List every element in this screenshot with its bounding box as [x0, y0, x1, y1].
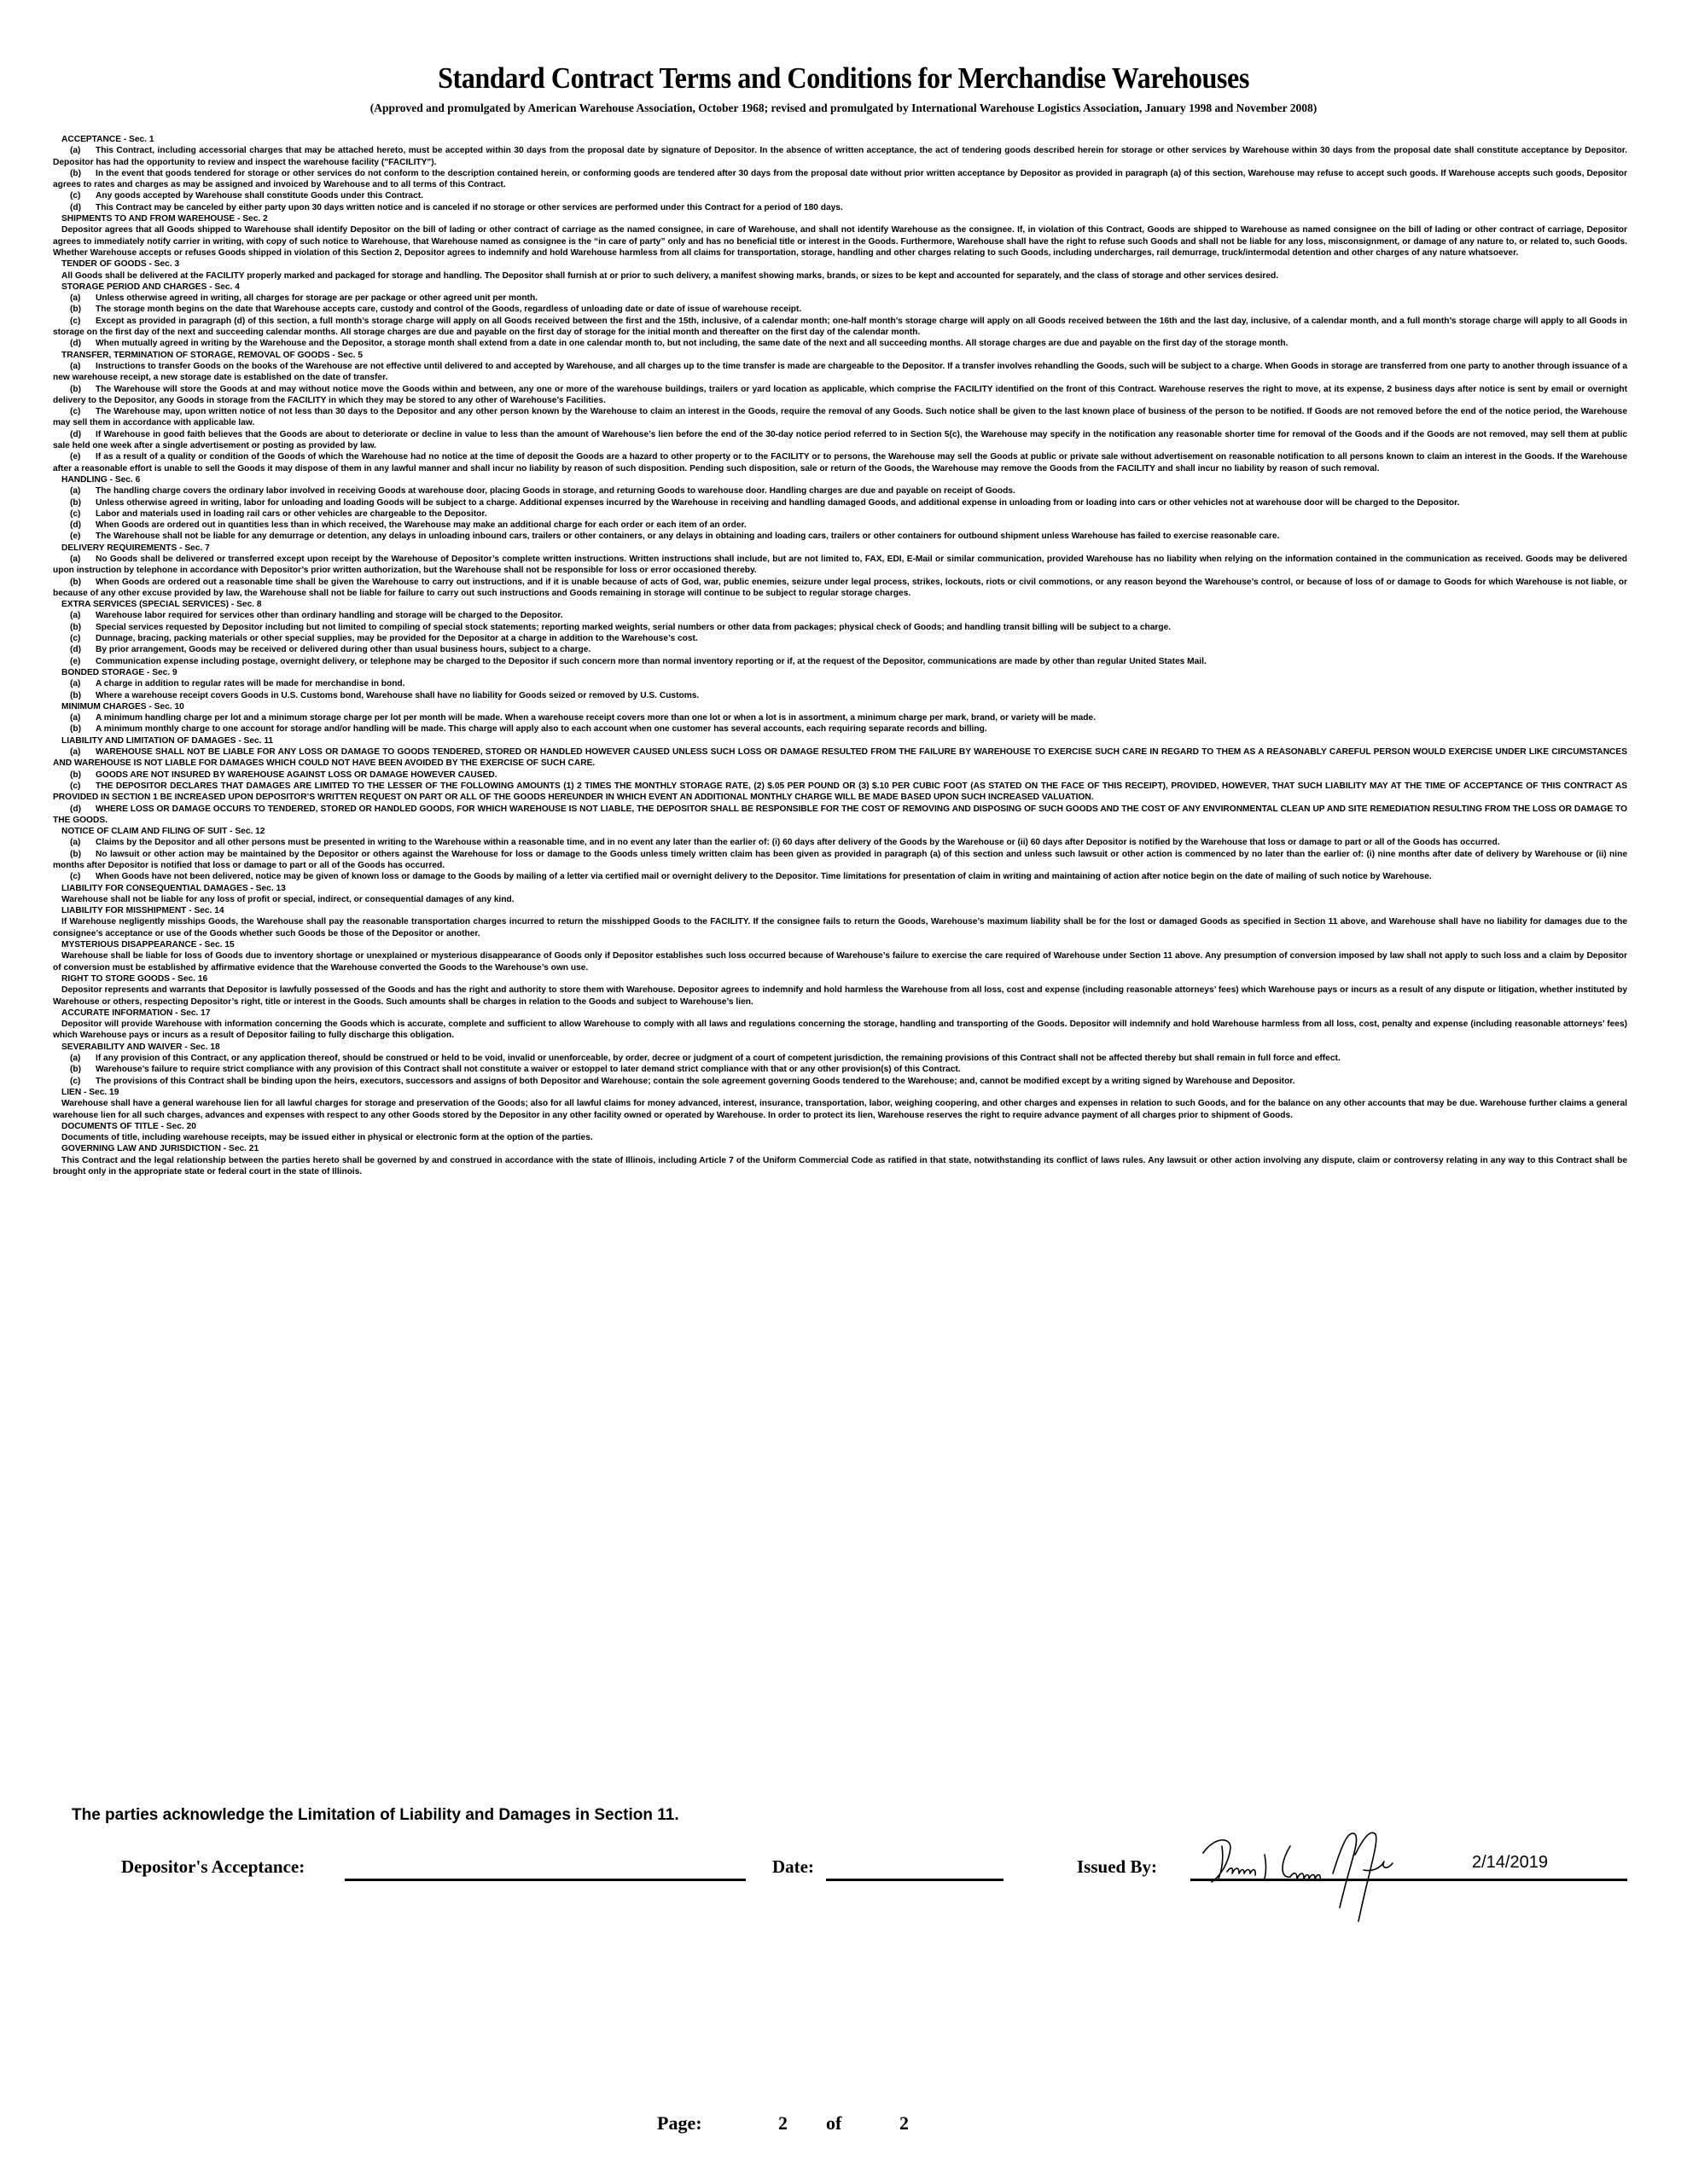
paragraph-text: Warehouse labor required for services ot…: [96, 611, 563, 620]
section-paragraph: All Goods shall be delivered at the FACI…: [53, 270, 1627, 282]
paragraph-text: When Goods have not been delivered, noti…: [96, 872, 1432, 881]
paragraph-text: WHERE LOSS OR DAMAGE OCCURS TO TENDERED,…: [53, 804, 1627, 825]
paragraph-label: (a): [61, 554, 96, 565]
paragraph-label: (c): [61, 508, 96, 520]
document-subtitle: (Approved and promulgated by American Wa…: [0, 102, 1687, 115]
paragraph-text: Communication expense including postage,…: [96, 657, 1207, 666]
paragraph-text: By prior arrangement, Goods may be recei…: [96, 645, 590, 654]
paragraph-label: (a): [61, 678, 96, 689]
issued-date: 2/14/2019: [1472, 1853, 1548, 1873]
paragraph-text: The storage month begins on the date tha…: [96, 305, 801, 314]
paragraph-text: Unless otherwise agreed in writing, labo…: [96, 498, 1459, 508]
paragraph-text: If as a result of a quality or condition…: [53, 452, 1627, 473]
paragraph-label: (b): [61, 849, 96, 860]
section-paragraph: (a)A charge in addition to regular rates…: [53, 678, 1627, 689]
section-paragraph: (d)This Contract may be canceled by eith…: [53, 202, 1627, 213]
paragraph-text: If Warehouse negligently misships Goods,…: [53, 917, 1627, 938]
section-paragraph: (d)When Goods are ordered out in quantit…: [53, 520, 1627, 531]
section-heading: LIABILITY FOR CONSEQUENTIAL DAMAGES - Se…: [53, 883, 1627, 894]
section-paragraph: (a)Warehouse labor required for services…: [53, 610, 1627, 621]
paragraph-label: (b): [61, 622, 96, 633]
section-paragraph: (a)Instructions to transfer Goods on the…: [53, 361, 1627, 384]
section-paragraph: (b)Where a warehouse receipt covers Good…: [53, 690, 1627, 701]
section-heading: LIABILITY AND LIMITATION OF DAMAGES - Se…: [53, 735, 1627, 746]
paragraph-text: This Contract may be canceled by either …: [96, 203, 843, 212]
issued-by-label: Issued By:: [1077, 1856, 1157, 1878]
section-paragraph: (a)WAREHOUSE SHALL NOT BE LIABLE FOR ANY…: [53, 746, 1627, 770]
section-paragraph: (b)Unless otherwise agreed in writing, l…: [53, 497, 1627, 508]
section-heading: NOTICE OF CLAIM AND FILING OF SUIT - Sec…: [53, 826, 1627, 837]
section-paragraph: (e)Communication expense including posta…: [53, 656, 1627, 667]
paragraph-label: (c): [61, 190, 96, 201]
section-paragraph: Warehouse shall not be liable for any lo…: [53, 894, 1627, 905]
section-paragraph: (c)Dunnage, bracing, packing materials o…: [53, 633, 1627, 644]
section-heading: SHIPMENTS TO AND FROM WAREHOUSE - Sec. 2: [53, 213, 1627, 224]
paragraph-text: The Warehouse shall not be liable for an…: [96, 531, 1279, 541]
paragraph-label: (b): [61, 168, 96, 179]
handwritten-signature-icon: [1196, 1829, 1461, 1923]
paragraph-text: When mutually agreed in writing by the W…: [96, 339, 1288, 348]
of-label: of: [826, 2112, 841, 2135]
section-heading: LIEN - Sec. 19: [53, 1087, 1627, 1098]
total-pages: 2: [899, 2112, 909, 2135]
paragraph-label: (c): [61, 633, 96, 644]
section-heading: DELIVERY REQUIREMENTS - Sec. 7: [53, 543, 1627, 554]
paragraph-label: (d): [61, 804, 96, 815]
section-paragraph: (e)The Warehouse shall not be liable for…: [53, 531, 1627, 542]
section-paragraph: (b)Warehouse’s failure to require strict…: [53, 1064, 1627, 1075]
paragraph-text: THE DEPOSITOR DECLARES THAT DAMAGES ARE …: [53, 781, 1627, 802]
paragraph-text: Special services requested by Depositor …: [96, 623, 1171, 632]
paragraph-text: A minimum handling charge per lot and a …: [96, 713, 1096, 723]
section-heading: STORAGE PERIOD AND CHARGES - Sec. 4: [53, 282, 1627, 293]
paragraph-label: (a): [61, 361, 96, 372]
paragraph-text: Labor and materials used in loading rail…: [96, 509, 487, 519]
paragraph-label: (c): [61, 871, 96, 882]
paragraph-label: (c): [61, 316, 96, 327]
section-paragraph: (b)The Warehouse will store the Goods at…: [53, 384, 1627, 407]
paragraph-text: No Goods shall be delivered or transferr…: [53, 555, 1627, 575]
paragraph-label: (a): [61, 293, 96, 304]
section-paragraph: This Contract and the legal relationship…: [53, 1155, 1627, 1178]
section-paragraph: (c)THE DEPOSITOR DECLARES THAT DAMAGES A…: [53, 781, 1627, 804]
paragraph-label: (b): [61, 384, 96, 395]
date-field[interactable]: [826, 1879, 1003, 1881]
section-heading: MINIMUM CHARGES - Sec. 10: [53, 701, 1627, 712]
paragraph-text: Documents of title, including warehouse …: [61, 1133, 593, 1142]
paragraph-label: (c): [61, 1076, 96, 1087]
section-paragraph: (a)If any provision of this Contract, or…: [53, 1053, 1627, 1064]
paragraph-label: (d): [61, 338, 96, 349]
paragraph-label: (a): [61, 1053, 96, 1064]
section-paragraph: Documents of title, including warehouse …: [53, 1132, 1627, 1143]
section-heading: LIABILITY FOR MISSHIPMENT - Sec. 14: [53, 905, 1627, 916]
section-paragraph: (b)GOODS ARE NOT INSURED BY WAREHOUSE AG…: [53, 770, 1627, 781]
paragraph-text: Warehouse shall be liable for loss of Go…: [53, 951, 1627, 972]
section-paragraph: (c)The Warehouse may, upon written notic…: [53, 406, 1627, 429]
paragraph-text: Depositor will provide Warehouse with in…: [53, 1019, 1627, 1040]
section-paragraph: If Warehouse negligently misships Goods,…: [53, 916, 1627, 939]
section-paragraph: (a)Claims by the Depositor and all other…: [53, 837, 1627, 848]
paragraph-text: Dunnage, bracing, packing materials or o…: [96, 634, 698, 643]
section-paragraph: (b)Special services requested by Deposit…: [53, 622, 1627, 633]
paragraph-text: Warehouse shall have a general warehouse…: [53, 1099, 1627, 1119]
paragraph-text: Unless otherwise agreed in writing, all …: [96, 293, 538, 303]
paragraph-label: (b): [61, 770, 96, 781]
section-paragraph: (a)Unless otherwise agreed in writing, a…: [53, 293, 1627, 304]
section-heading: RIGHT TO STORE GOODS - Sec. 16: [53, 973, 1627, 985]
paragraph-label: (d): [61, 520, 96, 531]
paragraph-text: This Contract and the legal relationship…: [53, 1156, 1627, 1176]
paragraph-text: Depositor represents and warrants that D…: [53, 985, 1627, 1006]
signature-block: Depositor's Acceptance: Date: Issued By:…: [121, 1846, 1623, 1914]
section-paragraph: (d)By prior arrangement, Goods may be re…: [53, 644, 1627, 655]
section-paragraph: (b)The storage month begins on the date …: [53, 304, 1627, 315]
paragraph-label: (b): [61, 304, 96, 315]
paragraph-text: Any goods accepted by Warehouse shall co…: [96, 191, 423, 200]
paragraph-text: Except as provided in paragraph (d) of t…: [53, 317, 1627, 337]
depositor-acceptance-field[interactable]: [345, 1879, 746, 1881]
section-paragraph: (c)When Goods have not been delivered, n…: [53, 871, 1627, 882]
paragraph-text: When Goods are ordered out a reasonable …: [53, 578, 1627, 598]
contract-terms-body: ACCEPTANCE - Sec. 1(a)This Contract, inc…: [53, 134, 1627, 1177]
paragraph-text: The Warehouse will store the Goods at an…: [53, 385, 1627, 405]
paragraph-label: (d): [61, 644, 96, 655]
paragraph-label: (b): [61, 723, 96, 735]
section-heading: SEVERABILITY AND WAIVER - Sec. 18: [53, 1042, 1627, 1053]
paragraph-label: (c): [61, 781, 96, 792]
section-paragraph: (d)If Warehouse in good faith believes t…: [53, 429, 1627, 452]
section-paragraph: (c)Except as provided in paragraph (d) o…: [53, 316, 1627, 339]
paragraph-text: When Goods are ordered out in quantities…: [96, 520, 747, 530]
paragraph-label: (a): [61, 712, 96, 723]
section-paragraph: (a)A minimum handling charge per lot and…: [53, 712, 1627, 723]
section-paragraph: (b)A minimum monthly charge to one accou…: [53, 723, 1627, 735]
section-paragraph: (d)When mutually agreed in writing by th…: [53, 338, 1627, 349]
paragraph-label: (c): [61, 406, 96, 417]
paragraph-text: Depositor agrees that all Goods shipped …: [53, 225, 1627, 258]
section-paragraph: Depositor will provide Warehouse with in…: [53, 1019, 1627, 1042]
paragraph-text: The Warehouse may, upon written notice o…: [53, 407, 1627, 427]
paragraph-label: (a): [61, 485, 96, 497]
paragraph-label: (a): [61, 837, 96, 848]
section-paragraph: (a)The handling charge covers the ordina…: [53, 485, 1627, 497]
section-paragraph: Warehouse shall have a general warehouse…: [53, 1098, 1627, 1121]
paragraph-label: (a): [61, 610, 96, 621]
paragraph-label: (e): [61, 451, 96, 462]
paragraph-text: The handling charge covers the ordinary …: [96, 486, 1015, 496]
paragraph-text: Warehouse shall not be liable for any lo…: [61, 895, 515, 904]
section-heading: BONDED STORAGE - Sec. 9: [53, 667, 1627, 678]
section-paragraph: Depositor agrees that all Goods shipped …: [53, 224, 1627, 258]
section-heading: TENDER OF GOODS - Sec. 3: [53, 258, 1627, 270]
section-paragraph: (a)No Goods shall be delivered or transf…: [53, 554, 1627, 577]
section-heading: DOCUMENTS OF TITLE - Sec. 20: [53, 1121, 1627, 1132]
section-paragraph: (b)No lawsuit or other action may be mai…: [53, 849, 1627, 872]
paragraph-text: GOODS ARE NOT INSURED BY WAREHOUSE AGAIN…: [96, 770, 497, 780]
paragraph-label: (b): [61, 577, 96, 588]
section-heading: ACCEPTANCE - Sec. 1: [53, 134, 1627, 145]
paragraph-text: All Goods shall be delivered at the FACI…: [61, 271, 1278, 281]
section-paragraph: Warehouse shall be liable for loss of Go…: [53, 950, 1627, 973]
liability-acknowledgement: The parties acknowledge the Limitation o…: [72, 1806, 679, 1825]
paragraph-text: The provisions of this Contract shall be…: [96, 1077, 1295, 1086]
paragraph-text: If any provision of this Contract, or an…: [96, 1054, 1341, 1063]
section-heading: MYSTERIOUS DISAPPEARANCE - Sec. 15: [53, 939, 1627, 950]
depositor-acceptance-label: Depositor's Acceptance:: [121, 1856, 305, 1878]
date-label: Date:: [772, 1856, 814, 1878]
section-paragraph: Depositor represents and warrants that D…: [53, 985, 1627, 1008]
paragraph-label: (b): [61, 1064, 96, 1075]
section-paragraph: (e)If as a result of a quality or condit…: [53, 451, 1627, 474]
paragraph-text: This Contract, including accessorial cha…: [53, 146, 1627, 166]
section-paragraph: (c)Any goods accepted by Warehouse shall…: [53, 190, 1627, 201]
section-paragraph: (a)This Contract, including accessorial …: [53, 145, 1627, 168]
paragraph-text: A minimum monthly charge to one account …: [96, 724, 987, 734]
section-heading: GOVERNING LAW AND JURISDICTION - Sec. 21: [53, 1143, 1627, 1154]
paragraph-label: (d): [61, 202, 96, 213]
page-label: Page:: [657, 2112, 702, 2135]
paragraph-text: In the event that goods tendered for sto…: [53, 169, 1627, 189]
paragraph-text: Where a warehouse receipt covers Goods i…: [96, 691, 699, 700]
paragraph-text: A charge in addition to regular rates wi…: [96, 679, 404, 688]
paragraph-label: (a): [61, 746, 96, 758]
paragraph-label: (b): [61, 690, 96, 701]
section-paragraph: (b)When Goods are ordered out a reasonab…: [53, 577, 1627, 600]
section-heading: HANDLING - Sec. 6: [53, 474, 1627, 485]
paragraph-label: (b): [61, 497, 96, 508]
paragraph-text: Warehouse’s failure to require strict co…: [96, 1065, 961, 1074]
paragraph-label: (a): [61, 145, 96, 156]
paragraph-text: If Warehouse in good faith believes that…: [53, 430, 1627, 450]
section-paragraph: (d)WHERE LOSS OR DAMAGE OCCURS TO TENDER…: [53, 804, 1627, 827]
section-heading: ACCURATE INFORMATION - Sec. 17: [53, 1008, 1627, 1019]
paragraph-text: WAREHOUSE SHALL NOT BE LIABLE FOR ANY LO…: [53, 747, 1627, 768]
document-title: Standard Contract Terms and Conditions f…: [67, 61, 1620, 96]
paragraph-text: Claims by the Depositor and all other pe…: [96, 838, 1500, 847]
section-paragraph: (c)The provisions of this Contract shall…: [53, 1076, 1627, 1087]
paragraph-label: (e): [61, 531, 96, 542]
section-heading: EXTRA SERVICES (SPECIAL SERVICES) - Sec.…: [53, 599, 1627, 610]
paragraph-label: (d): [61, 429, 96, 440]
section-paragraph: (c)Labor and materials used in loading r…: [53, 508, 1627, 520]
paragraph-text: Instructions to transfer Goods on the bo…: [53, 362, 1627, 382]
section-paragraph: (b)In the event that goods tendered for …: [53, 168, 1627, 191]
current-page: 2: [778, 2112, 788, 2135]
paragraph-text: No lawsuit or other action may be mainta…: [53, 850, 1627, 870]
paragraph-label: (e): [61, 656, 96, 667]
section-heading: TRANSFER, TERMINATION OF STORAGE, REMOVA…: [53, 350, 1627, 361]
